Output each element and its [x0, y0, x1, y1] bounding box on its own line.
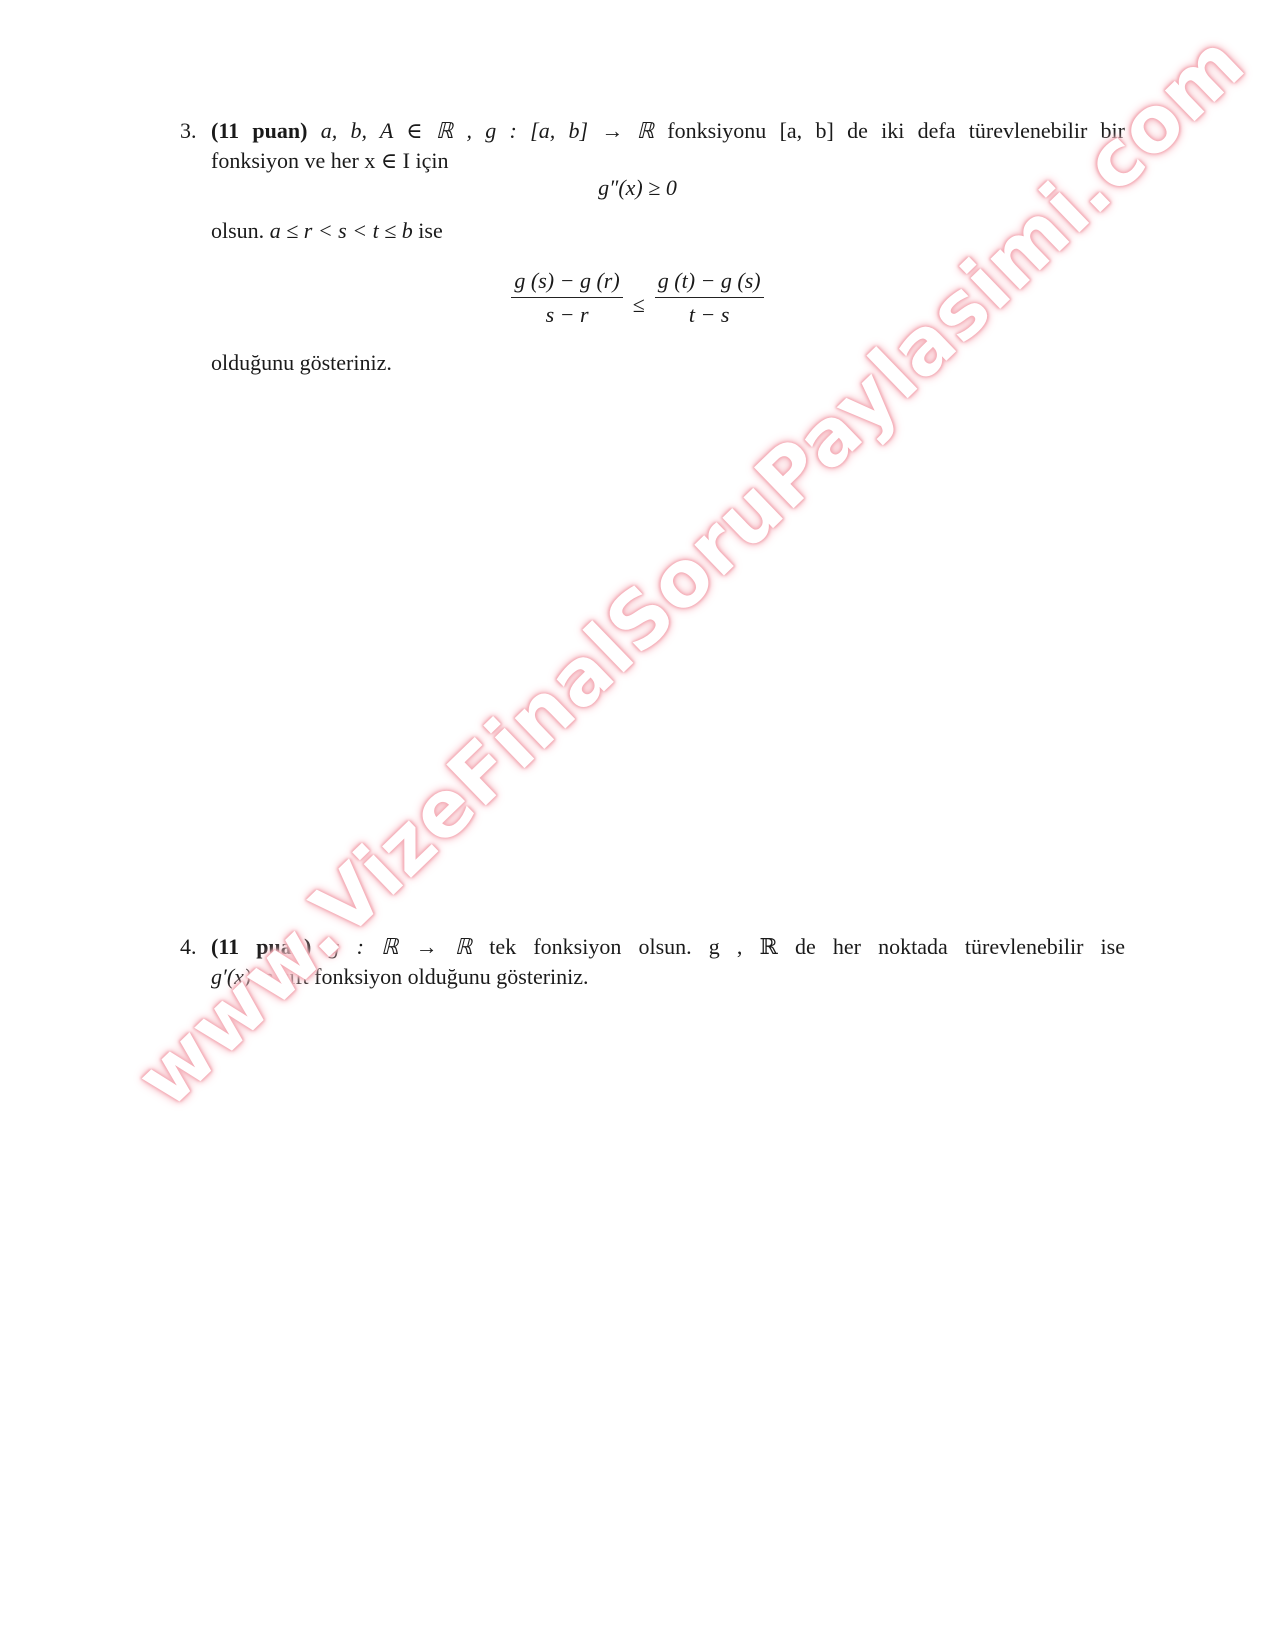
problem-3-hypothesis: olsun. a ≤ r < s < t ≤ b ise: [211, 218, 443, 244]
watermark: www.VizeFinalSoruPaylasimi.com: [120, 296, 974, 1125]
problem-4: 4. (11 puan) g : ℝ → ℝ tek fonksiyon ols…: [180, 932, 1125, 992]
numerator: g (t) − g (s): [655, 268, 764, 298]
denominator: s − r: [546, 298, 589, 328]
numerator: g (s) − g (r): [511, 268, 622, 298]
problem-number: 3.: [180, 116, 197, 146]
problem-3-statement: (11 puan) a, b, A ∈ ℝ , g : [a, b] → ℝ f…: [211, 116, 1125, 146]
math-display: g″(x) ≥ 0: [598, 175, 677, 200]
statement-text: fonksiyon ve her x ∈ I için: [211, 148, 448, 173]
left-fraction: g (s) − g (r) s − r: [511, 268, 622, 328]
denominator: t − s: [689, 298, 730, 328]
right-fraction: g (t) − g (s) t − s: [655, 268, 764, 328]
relation-symbol: ≤: [633, 292, 645, 318]
points-label: (11 puan): [211, 118, 307, 143]
problem-3-conclusion: olduğunu gösteriniz.: [211, 350, 392, 376]
statement-text: olduğunu gösteriniz.: [211, 350, 392, 375]
problem-number: 4.: [180, 932, 197, 962]
problem-4-statement: (11 puan) g : ℝ → ℝ tek fonksiyon olsun.…: [211, 932, 1125, 962]
math-inline: a, b, A ∈ ℝ , g : [a, b] → ℝ: [321, 118, 654, 143]
statement-text: olsun.: [211, 218, 264, 243]
math-inline: g : ℝ → ℝ: [328, 934, 472, 959]
points-label: (11 puan): [211, 934, 311, 959]
statement-text: tek fonksiyon olsun. g , ℝ de her noktad…: [472, 934, 1125, 959]
math-inline: a ≤ r < s < t ≤ b: [270, 218, 413, 243]
statement-text: in çift fonksiyon olduğunu gösteriniz.: [251, 964, 588, 989]
inequality-display: g (s) − g (r) s − r ≤ g (t) − g (s) t − …: [0, 268, 1275, 328]
statement-text: ise: [418, 218, 442, 243]
display-condition: g″(x) ≥ 0: [0, 175, 1275, 201]
problem-4-statement-line2: g′(x) in çift fonksiyon olduğunu gösteri…: [211, 962, 1125, 992]
problem-3-statement-line2: fonksiyon ve her x ∈ I için: [211, 146, 1125, 176]
math-inline: g′(x): [211, 964, 251, 989]
document-page: 3. (11 puan) a, b, A ∈ ℝ , g : [a, b] → …: [0, 0, 1275, 1650]
problem-3: 3. (11 puan) a, b, A ∈ ℝ , g : [a, b] → …: [180, 116, 1125, 176]
statement-text: fonksiyonu [a, b] de iki defa türevleneb…: [654, 118, 1125, 143]
